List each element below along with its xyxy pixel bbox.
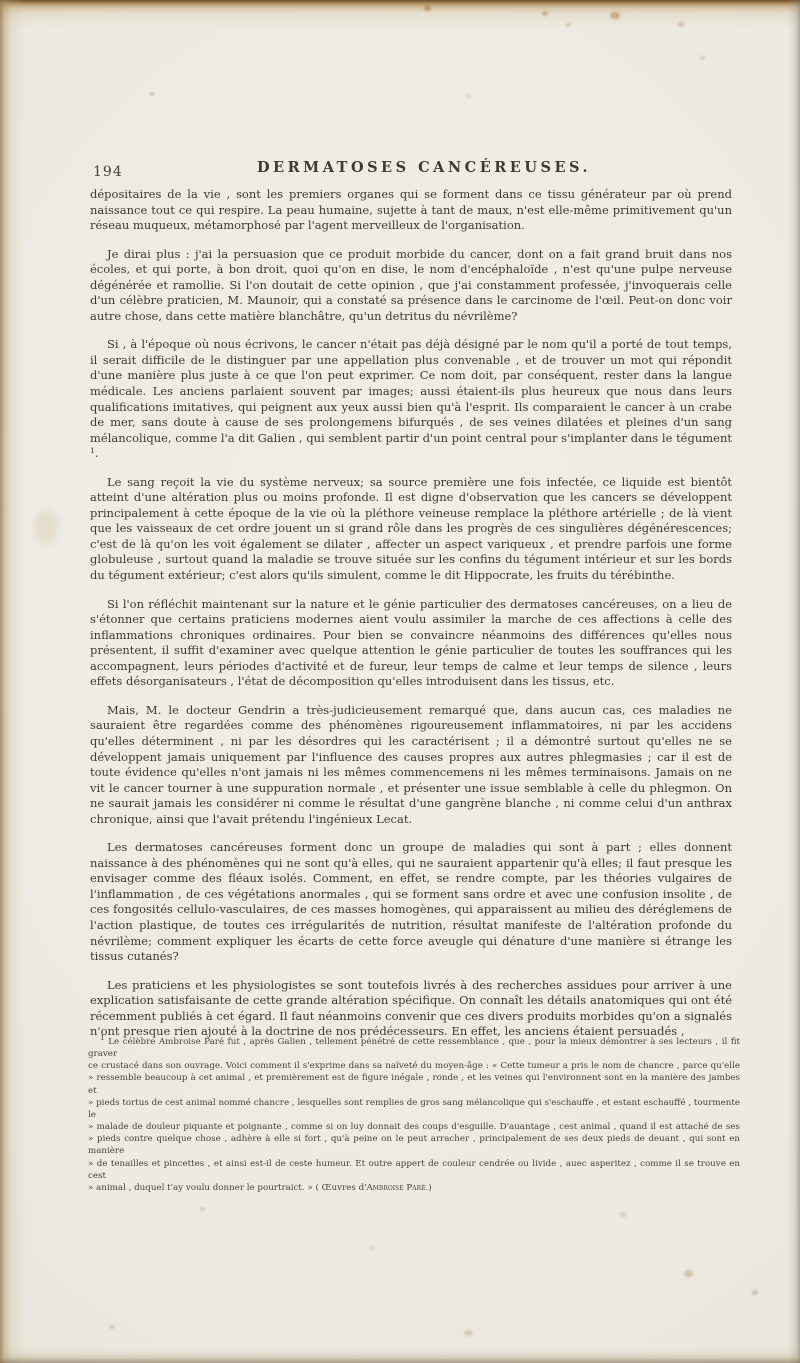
paragraph: Les dermatoses cancéreuses forment donc …	[90, 840, 732, 964]
stain	[684, 1270, 693, 1277]
footnote: 1 Le célèbre Ambroise Paré fut , après G…	[88, 1036, 740, 1194]
paragraph: Les praticiens et les physiologistes se …	[90, 978, 732, 1040]
running-head: 194 DERMATOSES CANCÉREUSES.	[90, 159, 732, 181]
footnote-line: » malade de douleur piquante et poignant…	[88, 1121, 740, 1133]
page-title: DERMATOSES CANCÉREUSES.	[90, 159, 758, 176]
text-block: dépositaires de la vie , sont les premie…	[90, 187, 732, 1053]
page-edge-left	[0, 0, 26, 1363]
stain	[620, 1212, 626, 1217]
book-page-scan: 194 DERMATOSES CANCÉREUSES. dépositaires…	[0, 0, 800, 1363]
stain	[370, 1246, 375, 1250]
paragraph: Si l'on réfléchit maintenant sur la natu…	[90, 597, 732, 690]
stain	[200, 1207, 205, 1211]
stain	[150, 92, 154, 96]
stain	[34, 510, 58, 544]
stain	[610, 12, 620, 19]
stain	[542, 11, 548, 16]
stain	[110, 1325, 114, 1329]
page-edge-right	[788, 0, 800, 1363]
stain	[752, 1290, 758, 1295]
footnote-line: » animal , duquel t'ay voulu donner le p…	[88, 1182, 740, 1194]
paragraph: dépositaires de la vie , sont les premie…	[90, 187, 732, 234]
paragraph: Mais, M. le docteur Gendrin a très-judic…	[90, 703, 732, 827]
footnote-line: » ressemble beaucoup à cet animal , et p…	[88, 1072, 740, 1096]
footnote-line: » de tenailles et pincettes , et ainsi e…	[88, 1158, 740, 1182]
footnote-line: » pieds tortus de cest animal nommé chan…	[88, 1097, 740, 1121]
paragraph: Le sang reçoit la vie du système nerveux…	[90, 475, 732, 584]
page-edge-top	[0, 0, 800, 28]
paragraph-list: dépositaires de la vie , sont les premie…	[90, 187, 732, 1040]
footnote-line: ce crustacé dans son ouvrage. Voici comm…	[88, 1060, 740, 1072]
paragraph: Si , à l'époque où nous écrivons, le can…	[90, 337, 732, 461]
paragraph: Je dirai plus : j'ai la persuasion que c…	[90, 247, 732, 325]
footnote-line: » pieds contre quelque chose , adhère à …	[88, 1133, 740, 1157]
page-edge-bottom	[0, 1347, 800, 1363]
stain	[700, 56, 705, 60]
stain	[678, 22, 684, 27]
stain	[464, 1330, 473, 1336]
footnote-line: 1 Le célèbre Ambroise Paré fut , après G…	[88, 1036, 740, 1060]
stain	[566, 23, 571, 27]
stain	[466, 94, 471, 98]
stain	[424, 5, 431, 11]
